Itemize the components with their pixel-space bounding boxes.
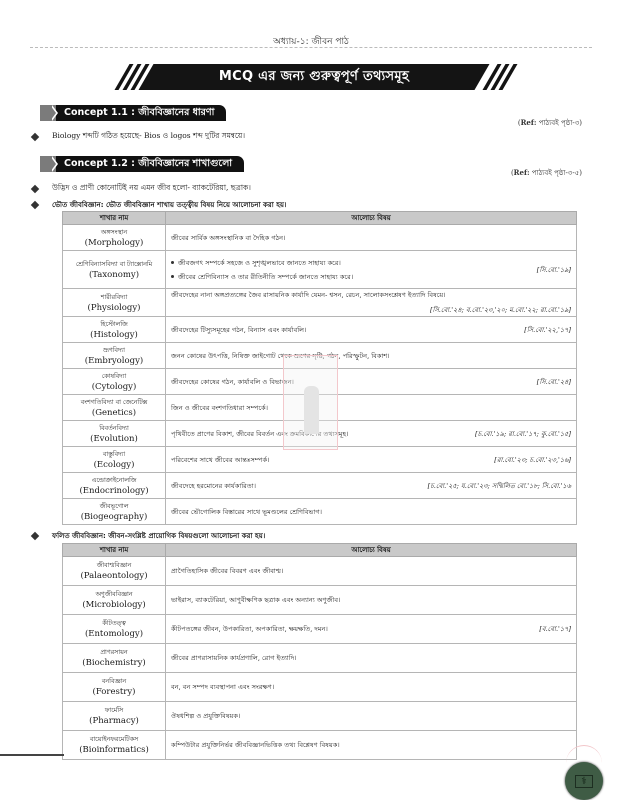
topic-text: জনন কোষের উৎপত্তি, নিষিক্ত জাইগোট থেকে ভ… — [171, 350, 390, 362]
branch-name-cell: প্রাণরসায়ন(Biochemistry) — [63, 644, 166, 673]
branch-name-english: (Evolution) — [68, 434, 160, 445]
floating-app-button[interactable]: ⚕ — [565, 762, 603, 800]
board-exam-ref: [সি.বো.'১৯] — [537, 264, 571, 276]
table-row: অণুজীববিজ্ঞান(Microbiology)ভাইরাস, ব্যাক… — [63, 586, 577, 615]
topic-text: পরিবেশের সাথে জীবের আন্তঃসম্পর্ক। — [171, 454, 269, 466]
table-row: বাস্তুবিদ্যা(Ecology)পরিবেশের সাথে জীবের… — [63, 447, 577, 473]
topic-cell: জিন ও জীবের বংশগতিধারা সম্পর্কে। — [166, 395, 577, 421]
topic-text: জীবের ভৌগোলিক বিস্তারের সাথে ভূমণ্ডলের শ… — [171, 506, 322, 518]
branch-name-bengali: ফার্মেসি — [68, 705, 160, 716]
branch-name-bengali: বাস্তুবিদ্যা — [68, 449, 160, 460]
branch-name-bengali: অঙ্গসংস্থান — [68, 227, 160, 238]
board-exam-ref: [ব.বো.'১৭] — [539, 623, 571, 635]
table-row: শ্রেণিবিন্যাসবিদ্যা বা ট্যাক্সোনমি(Taxon… — [63, 251, 577, 289]
branch-name-cell: বনবিজ্ঞান(Forestry) — [63, 673, 166, 702]
topic-cell: পরিবেশের সাথে জীবের আন্তঃসম্পর্ক।[রা.বো.… — [166, 447, 577, 473]
branch-name-cell: শারীরবিদ্যা(Physiology) — [63, 289, 166, 317]
header-divider — [30, 47, 592, 48]
branch-name-cell: হিস্টোলজি(Histology) — [63, 317, 166, 343]
column-header-branch: শাখার নাম — [63, 212, 166, 225]
topic-cell: ঔষধশিল্প ও প্রযুক্তিবিষয়ক। — [166, 702, 577, 731]
banner-title: MCQ এর জন্য গুরুত্বপূর্ণ তথ্যসমূহ — [114, 64, 514, 90]
topic-cell: প্রাগৈতিহাসিক জীবের বিবরণ এবং জীবাশ্ম। — [166, 557, 577, 586]
topic-text: জীবের প্রাণরাসায়নিক কার্যপ্রণালি, রোগ ই… — [171, 652, 297, 664]
branch-name-english: (Histology) — [68, 330, 160, 341]
table-row: অঙ্গসংস্থান(Morphology)জীবের সার্বিক অঙ্… — [63, 225, 577, 251]
column-header-topic: আলোচ্য বিষয় — [166, 212, 577, 225]
branch-name-cell: শ্রেণিবিন্যাসবিদ্যা বা ট্যাক্সোনমি(Taxon… — [63, 251, 166, 289]
app-logo-icon: ⚕ — [575, 775, 593, 788]
branch-name-english: (Physiology) — [68, 303, 160, 314]
topic-subpoint: জীবজগৎ সম্পর্কে সহজে ও সুশৃঙ্খলভাবে জানত… — [171, 257, 353, 269]
concept-tab — [40, 105, 56, 121]
topic-cell: জনন কোষের উৎপত্তি, নিষিক্ত জাইগোট থেকে ভ… — [166, 343, 577, 369]
branch-name-bengali: শারীরবিদ্যা — [68, 292, 160, 303]
topic-text: জীবের সার্বিক অঙ্গসংস্থানিক বা দৈহিক গঠন… — [171, 232, 285, 244]
board-exam-ref: [সি.বো.'২৪; ব.বো.'২৩,'২০; ম.বো.'২২; রা.ব… — [430, 304, 571, 316]
table-row: প্রাণরসায়ন(Biochemistry)জীবের প্রাণরাসা… — [63, 644, 577, 673]
topic-cell: কম্পিউটার প্রযুক্তিনির্ভর জীববিজ্ঞানভিত্… — [166, 731, 577, 760]
table-row: কীটতত্ত্ব(Entomology)কীটপতঙ্গের জীবন, উপ… — [63, 615, 577, 644]
branch-name-cell: কীটতত্ত্ব(Entomology) — [63, 615, 166, 644]
concept-ref: (Ref: পাঠ্যবই পৃষ্ঠা-৩) — [518, 117, 582, 129]
branch-name-english: (Taxonomy) — [68, 270, 160, 281]
branch-name-cell: ভ্রূণবিদ্যা(Embryology) — [63, 343, 166, 369]
branch-name-bengali: হিস্টোলজি — [68, 319, 160, 330]
concept-label: Concept 1.2 : জীববিজ্ঞানের শাখাগুলো — [56, 156, 244, 172]
bullet-item: উদ্ভিদ ও প্রাণী কোনোটিই নয় এমন জীব হলো-… — [30, 183, 251, 195]
diamond-bullet-icon — [31, 133, 39, 141]
branch-name-english: (Cytology) — [68, 382, 160, 393]
column-header-branch: শাখার নাম — [63, 544, 166, 557]
column-header-topic: আলোচ্য বিষয় — [166, 544, 577, 557]
branch-name-cell: অণুজীববিজ্ঞান(Microbiology) — [63, 586, 166, 615]
diamond-bullet-icon — [31, 201, 39, 209]
table-row: ফার্মেসি(Pharmacy)ঔষধশিল্প ও প্রযুক্তিবি… — [63, 702, 577, 731]
topic-cell: জীবদেহের নানা অঙ্গপ্রত্যঙ্গের জৈব রাসায়… — [166, 289, 577, 317]
branch-name-bengali: অণুজীববিজ্ঞান — [68, 589, 160, 600]
topic-text: জীবদেহের কোষের গঠন, কার্যাবলি ও বিভাজন। — [171, 376, 294, 388]
table-row: জীবাশ্মবিজ্ঞান(Palaeontology)প্রাগৈতিহাস… — [63, 557, 577, 586]
topic-cell: ভাইরাস, ব্যাকটেরিয়া, আণুবীক্ষণিক ছত্রাক… — [166, 586, 577, 615]
branch-name-bengali: জীবভূগোল — [68, 501, 160, 512]
topic-cell: কীটপতঙ্গের জীবন, উপকারিতা, অপকারিতা, ক্ষ… — [166, 615, 577, 644]
topic-text: জীবদেহের টিস্যুসমূহের গঠন, বিন্যাস এবং ক… — [171, 324, 306, 336]
branch-name-bengali: শ্রেণিবিন্যাসবিদ্যা বা ট্যাক্সোনমি — [68, 259, 160, 270]
applied-branches-table: শাখার নাম আলোচ্য বিষয় জীবাশ্মবিজ্ঞান(Pa… — [62, 543, 577, 760]
topic-cell: জীবজগৎ সম্পর্কে সহজে ও সুশৃঙ্খলভাবে জানত… — [166, 251, 577, 289]
branch-name-bengali: প্রাণরসায়ন — [68, 647, 160, 658]
footer-rule — [0, 754, 64, 756]
branch-name-bengali: ভ্রূণবিদ্যা — [68, 345, 160, 356]
board-exam-ref: [রা.বো.'২৩; চ.বো.'২৩,'১৬] — [494, 454, 571, 466]
branch-name-bengali: কীটতত্ত্ব — [68, 618, 160, 629]
bullet-item: ফলিত জীববিজ্ঞান: জীবন-সংশ্লিষ্ট প্রায়োগ… — [30, 530, 265, 542]
topic-cell: পৃথিবীতে প্রাণের বিকাশ, জীবের বিবর্তন এব… — [166, 421, 577, 447]
branch-name-english: (Genetics) — [68, 408, 160, 419]
branch-name-bengali: বংশগতিবিদ্যা বা জেনেটিক্স — [68, 397, 160, 408]
topic-cell: বন, বন সম্পদ ব্যবস্থাপনা এবং সংরক্ষণ। — [166, 673, 577, 702]
concept-label: Concept 1.1 : জীববিজ্ঞানের ধারণা — [56, 105, 226, 121]
topic-cell: জীবের প্রাণরাসায়নিক কার্যপ্রণালি, রোগ ই… — [166, 644, 577, 673]
branch-name-english: (Bioinformatics) — [68, 745, 160, 756]
branch-name-cell: বাস্তুবিদ্যা(Ecology) — [63, 447, 166, 473]
concept-ref: (Ref: পাঠ্যবই পৃষ্ঠা-৩-৫) — [511, 167, 582, 179]
watermark-logo — [283, 355, 338, 450]
branch-name-bengali: কোষবিদ্যা — [68, 371, 160, 382]
topic-text: জীবদেহের নানা অঙ্গপ্রত্যঙ্গের জৈব রাসায়… — [171, 289, 571, 301]
branch-name-english: (Endocrinology) — [68, 486, 160, 497]
branch-name-english: (Biochemistry) — [68, 658, 160, 669]
branch-name-cell: জীবাশ্মবিজ্ঞান(Palaeontology) — [63, 557, 166, 586]
branch-name-english: (Morphology) — [68, 238, 160, 249]
branch-name-cell: ফার্মেসি(Pharmacy) — [63, 702, 166, 731]
bullet-item: ভৌত জীববিজ্ঞান: ভৌত জীববিজ্ঞান শাখায় তত… — [30, 199, 287, 211]
branch-name-english: (Palaeontology) — [68, 571, 160, 582]
section-banner: MCQ এর জন্য গুরুত্বপূর্ণ তথ্যসমূহ — [114, 64, 514, 90]
topic-text: ভাইরাস, ব্যাকটেরিয়া, আণুবীক্ষণিক ছত্রাক… — [171, 594, 340, 606]
concept-heading-1-1: Concept 1.1 : জীববিজ্ঞানের ধারণা — [40, 105, 226, 121]
topic-text: ঔষধশিল্প ও প্রযুক্তিবিষয়ক। — [171, 710, 240, 722]
table-row: জীবভূগোল(Biogeography)জীবের ভৌগোলিক বিস্… — [63, 499, 577, 525]
branch-name-bengali: জীবাশ্মবিজ্ঞান — [68, 560, 160, 571]
branch-name-cell: অঙ্গসংস্থান(Morphology) — [63, 225, 166, 251]
branch-name-english: (Biogeography) — [68, 512, 160, 523]
branch-name-bengali: বনবিজ্ঞান — [68, 676, 160, 687]
branch-name-english: (Forestry) — [68, 687, 160, 698]
topic-text: বন, বন সম্পদ ব্যবস্থাপনা এবং সংরক্ষণ। — [171, 681, 274, 693]
table-row: বায়োইনফরমেটিকস(Bioinformatics)কম্পিউটার… — [63, 731, 577, 760]
topic-cell: জীবের সার্বিক অঙ্গসংস্থানিক বা দৈহিক গঠন… — [166, 225, 577, 251]
branch-name-cell: বায়োইনফরমেটিকস(Bioinformatics) — [63, 731, 166, 760]
branch-name-bengali: এন্ডোক্রাইনোলজি — [68, 475, 160, 486]
branch-name-bengali: বায়োইনফরমেটিকস — [68, 734, 160, 745]
concept-heading-1-2: Concept 1.2 : জীববিজ্ঞানের শাখাগুলো — [40, 156, 244, 172]
board-exam-ref: [সি.বো.'২২,'১৭] — [524, 324, 571, 336]
topic-text: জীবদেহে হরমোনের কার্যকারিতা। — [171, 480, 256, 492]
diamond-bullet-icon — [31, 532, 39, 540]
branch-name-cell: এন্ডোক্রাইনোলজি(Endocrinology) — [63, 473, 166, 499]
topic-text: কম্পিউটার প্রযুক্তিনির্ভর জীববিজ্ঞানভিত্… — [171, 739, 340, 751]
table-row: শারীরবিদ্যা(Physiology)জীবদেহের নানা অঙ্… — [63, 289, 577, 317]
table-row: বনবিজ্ঞান(Forestry)বন, বন সম্পদ ব্যবস্থা… — [63, 673, 577, 702]
bullet-item: Biology শব্দটি গঠিত হয়েছে- Bios ও logos… — [30, 131, 245, 143]
topic-text: জিন ও জীবের বংশগতিধারা সম্পর্কে। — [171, 402, 268, 414]
branch-name-english: (Microbiology) — [68, 600, 160, 611]
board-exam-ref: [চ.বো.'২৫; য.বো.'২৩; সম্মিলিত বো.'১৮; সি… — [428, 480, 571, 492]
branch-name-bengali: বিবর্তনবিদ্যা — [68, 423, 160, 434]
branch-name-cell: বিবর্তনবিদ্যা(Evolution) — [63, 421, 166, 447]
branch-name-english: (Embryology) — [68, 356, 160, 367]
branch-name-english: (Ecology) — [68, 460, 160, 471]
branch-name-cell: বংশগতিবিদ্যা বা জেনেটিক্স(Genetics) — [63, 395, 166, 421]
board-exam-ref: [সি.বো.'২৪] — [537, 376, 571, 388]
diamond-bullet-icon — [31, 185, 39, 193]
topic-text: প্রাগৈতিহাসিক জীবের বিবরণ এবং জীবাশ্ম। — [171, 565, 283, 577]
board-exam-ref: [চ.বো.'১৯; রা.বো.'১৭; কু.বো.'১৫] — [475, 428, 571, 440]
branch-name-cell: কোষবিদ্যা(Cytology) — [63, 369, 166, 395]
topic-subpoint: জীবের শ্রেণিবিন্যাস ও তার রীতিনীতি সম্পর… — [171, 271, 353, 283]
topic-text: কীটপতঙ্গের জীবন, উপকারিতা, অপকারিতা, ক্ষ… — [171, 623, 328, 635]
branch-name-english: (Pharmacy) — [68, 716, 160, 727]
topic-cell: জীবদেহের কোষের গঠন, কার্যাবলি ও বিভাজন।[… — [166, 369, 577, 395]
topic-cell: জীবের ভৌগোলিক বিস্তারের সাথে ভূমণ্ডলের শ… — [166, 499, 577, 525]
topic-cell: জীবদেহের টিস্যুসমূহের গঠন, বিন্যাস এবং ক… — [166, 317, 577, 343]
table-row: এন্ডোক্রাইনোলজি(Endocrinology)জীবদেহে হর… — [63, 473, 577, 499]
table-row: হিস্টোলজি(Histology)জীবদেহের টিস্যুসমূহে… — [63, 317, 577, 343]
concept-tab — [40, 156, 56, 172]
branch-name-cell: জীবভূগোল(Biogeography) — [63, 499, 166, 525]
topic-cell: জীবদেহে হরমোনের কার্যকারিতা।[চ.বো.'২৫; য… — [166, 473, 577, 499]
branch-name-english: (Entomology) — [68, 629, 160, 640]
